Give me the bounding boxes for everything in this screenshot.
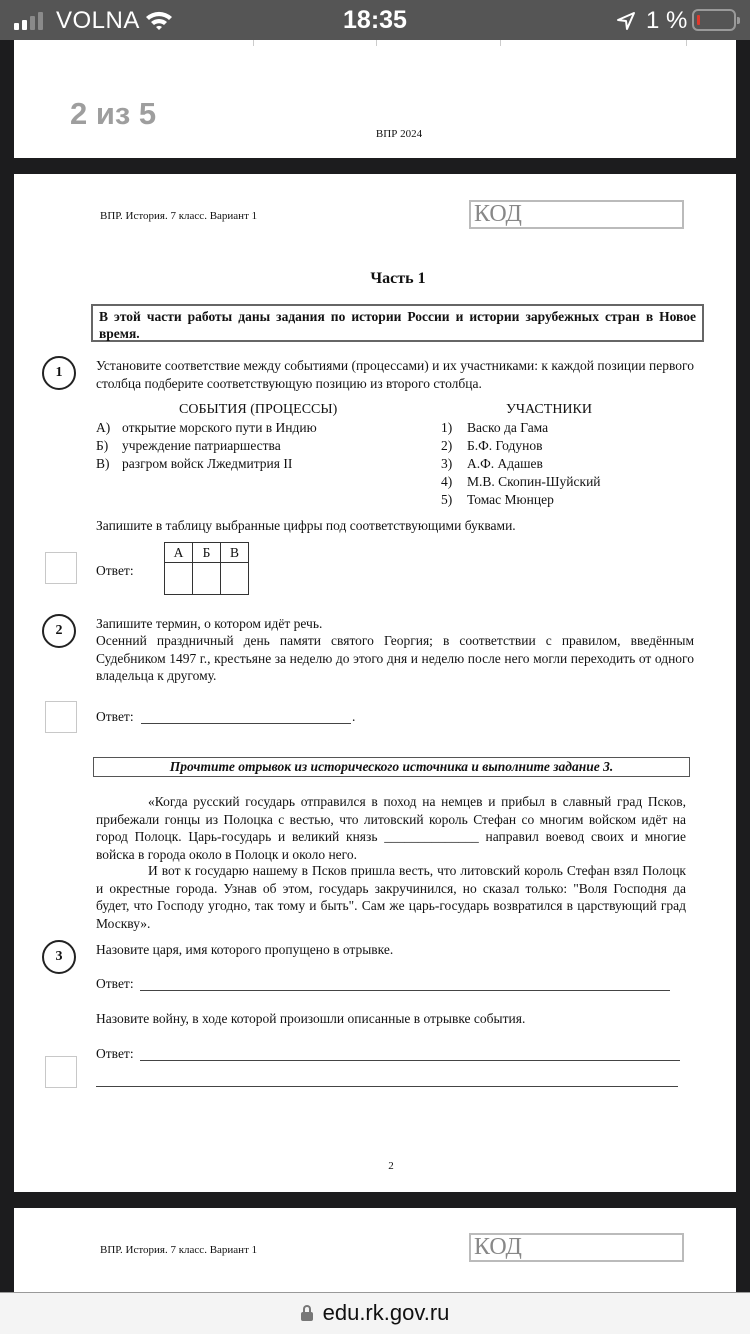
pdf-page: ВПР. История. 7 класс. Вариант 1 КОД Час… xyxy=(14,174,736,1192)
answer-suffix: . xyxy=(352,709,355,725)
answer-cell-b[interactable] xyxy=(193,563,221,595)
url-bar[interactable]: edu.rk.gov.ru xyxy=(0,1292,750,1334)
participants-heading: УЧАСТНИКИ xyxy=(506,402,592,418)
question-1-instruction: Запишите в таблицу выбранные цифры под с… xyxy=(96,517,516,535)
question-3-number: 3 xyxy=(42,940,76,974)
lock-icon xyxy=(301,1305,313,1321)
table-header-v: В xyxy=(221,543,249,563)
intro-box: В этой части работы даны задания по исто… xyxy=(91,304,704,342)
source-paragraph-1: «Когда русский государь отправился в пох… xyxy=(96,793,686,863)
score-box-2 xyxy=(45,701,77,733)
answer-field-3b[interactable] xyxy=(140,1060,680,1061)
list-item: А)открытие морского пути в Индию xyxy=(96,419,317,437)
answer-field-2[interactable] xyxy=(141,723,351,724)
question-1-number: 1 xyxy=(42,356,76,390)
answer-label-3a: Ответ: xyxy=(96,976,134,992)
events-heading: СОБЫТИЯ (ПРОЦЕССЫ) xyxy=(179,402,337,418)
answer-cell-a[interactable] xyxy=(165,563,193,595)
answer-cell-v[interactable] xyxy=(221,563,249,595)
answer-label-2: Ответ: xyxy=(96,709,134,725)
answer-label-3b: Ответ: xyxy=(96,1046,134,1062)
participants-list: 1)Васко да Гама 2)Б.Ф. Годунов 3)А.Ф. Ад… xyxy=(441,419,601,509)
question-3a-text: Назовите царя, имя которого пропущено в … xyxy=(96,941,393,959)
next-pdf-page: ВПР. История. 7 класс. Вариант 1 КОД xyxy=(14,1208,736,1298)
answer-label-1: Ответ: xyxy=(96,563,134,579)
list-item: 5)Томас Мюнцер xyxy=(441,491,601,509)
part-title: Часть 1 xyxy=(14,270,750,288)
list-item: 2)Б.Ф. Годунов xyxy=(441,437,601,455)
question-3b-text: Назовите войну, в ходе которой произошли… xyxy=(96,1010,525,1028)
table-header-a: А xyxy=(165,543,193,563)
question-2-number: 2 xyxy=(42,614,76,648)
code-field: КОД xyxy=(469,200,684,229)
list-item: В)разгром войск Лжедмитрия II xyxy=(96,455,317,473)
score-box-3 xyxy=(45,1056,77,1088)
list-item: 1)Васко да Гама xyxy=(441,419,601,437)
question-2-prompt: Запишите термин, о котором идёт речь. xyxy=(96,615,322,633)
question-2-text: Осенний праздничный день памяти святого … xyxy=(96,632,694,685)
answer-field-3a[interactable] xyxy=(140,990,670,991)
url-text: edu.rk.gov.ru xyxy=(323,1300,450,1325)
list-item: 3)А.Ф. Адашев xyxy=(441,455,601,473)
answer-field-3b-line2[interactable] xyxy=(96,1086,678,1087)
score-box-1 xyxy=(45,552,77,584)
location-arrow-icon xyxy=(616,11,636,31)
events-list: А)открытие морского пути в Индию Б)учреж… xyxy=(96,419,317,473)
page-counter: 2 из 5 xyxy=(70,96,156,132)
source-paragraph-2: И вот к государю нашему в Псков пришла в… xyxy=(96,862,686,932)
page-number: 2 xyxy=(14,1160,750,1172)
clock: 18:35 xyxy=(0,6,750,35)
list-item: Б)учреждение патриаршества xyxy=(96,437,317,455)
battery-icon xyxy=(692,9,736,31)
source-instruction-box: Прочтите отрывок из исторического источн… xyxy=(93,757,690,777)
table-header-b: Б xyxy=(193,543,221,563)
question-1-text: Установите соответствие между событиями … xyxy=(96,357,694,392)
url-display[interactable]: edu.rk.gov.ru xyxy=(0,1300,750,1326)
list-item: 4)М.В. Скопин-Шуйский xyxy=(441,473,601,491)
page-header: ВПР. История. 7 класс. Вариант 1 xyxy=(100,210,257,222)
next-code-field: КОД xyxy=(469,1233,684,1262)
next-page-header: ВПР. История. 7 класс. Вариант 1 xyxy=(100,1244,257,1256)
answer-table-1: А Б В xyxy=(164,542,249,595)
battery-percent: 1 % xyxy=(646,7,687,35)
status-bar: VOLNA 18:35 1 % xyxy=(0,0,750,40)
